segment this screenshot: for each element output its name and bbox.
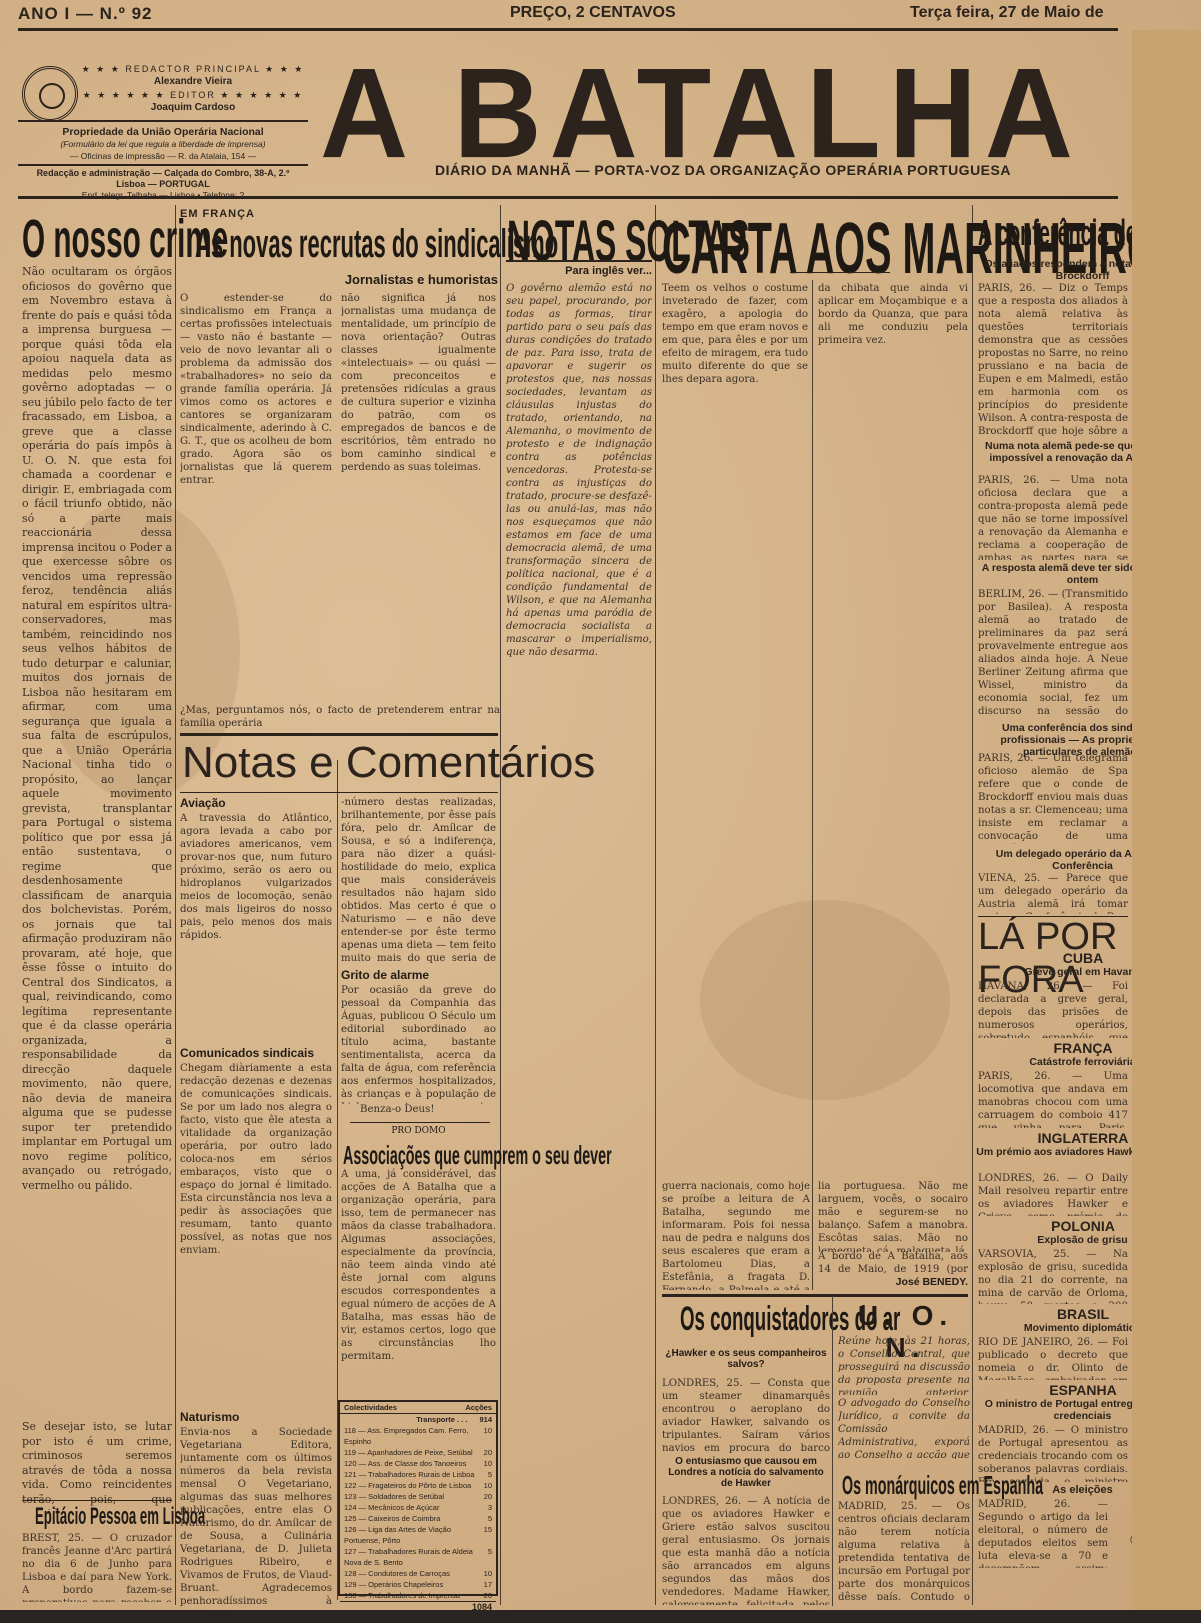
row-label: 122 — Fragateiros do Pôrto de Lisboa (344, 1480, 471, 1491)
divider (790, 272, 890, 273)
column-divider (500, 205, 501, 1605)
table-row-total: 1084 (340, 1601, 496, 1610)
article-sindicalismo-col2: não significa já nos jornalistas uma mud… (341, 292, 496, 702)
table-row: 118 — Ass. Empregados Cam. Ferro, Espinh… (340, 1425, 496, 1447)
union-seal-icon (22, 66, 78, 122)
row-value: 20 (484, 1491, 492, 1502)
issue-number: ANO I — N.º 92 (18, 4, 153, 24)
table-row: 126 — Liga das Artes de Viação Portuense… (340, 1524, 496, 1546)
col-header-accoes: Acções (465, 1402, 492, 1413)
article-conferencia-body-3: BERLIM, 26. — (Transmitido por Basilea).… (978, 588, 1128, 718)
article-aviacao-body: A travessia do Atlântico, agora levada a… (180, 812, 332, 1042)
header-rule (18, 28, 1118, 31)
divider (22, 1500, 172, 1501)
article-franca-body: PARIS, 26. — Uma locomotiva que andava e… (978, 1070, 1128, 1128)
row-label: 120 — Ass. de Classe dos Tanoeiros (344, 1458, 466, 1469)
redactor-label: ★ ★ ★ REDACTOR PRINCIPAL ★ ★ ★ (78, 64, 308, 75)
transport-label: Transporte . . . (416, 1414, 467, 1425)
headline-conferencia: A conferência de P (978, 212, 1156, 254)
row-label: 125 — Caixeiros de Coimbra (344, 1513, 440, 1524)
table-row: 128 — Condutores de Carroças10 (340, 1568, 496, 1579)
table-row: 122 — Fragateiros do Pôrto de Lisboa10 (340, 1480, 496, 1491)
article-monarquicos-body: MADRID, 25. — Os centros oficiais declar… (838, 1500, 970, 1600)
divider (180, 733, 498, 736)
column-divider (175, 205, 176, 1605)
page-bottom-edge (0, 1610, 1201, 1623)
subhead-jornalistas: Jornalistas e humoristas (180, 272, 498, 287)
article-nosso-crime-ending: Se desejar isto, se lutar por isto é um … (22, 1420, 172, 1510)
subhead-hawker-salvos: ¿Hawker e os seus companheiros salvos? (662, 1348, 830, 1370)
article-marinheiros-col4: lia portuguesa. Não me larguem, vocês, o… (818, 1180, 968, 1252)
row-label: 118 — Ass. Empregados Cam. Ferro, Espinh… (344, 1425, 484, 1447)
formulario-line: (Formulário da lei que regula a liberdad… (18, 139, 308, 149)
row-value: 20 (484, 1447, 492, 1458)
row-value: 15 (484, 1524, 492, 1546)
masthead-rule (18, 196, 1118, 199)
article-marinheiros-col2: da chibata que ainda vi aplicar em Moçam… (818, 282, 968, 972)
article-naturismo-body: Envia-nos a Sociedade Vegetariana Editor… (180, 1426, 332, 1606)
article-uon-body-1: Reúne hoje, às 21 horas, o Conselho Cent… (838, 1335, 970, 1395)
row-value: 20 (484, 1590, 492, 1601)
row-value: 10 (484, 1480, 492, 1491)
editor-label: ★ ★ ★ ★ ★ ★ EDITOR ★ ★ ★ ★ ★ ★ (78, 90, 308, 101)
row-label: 123 — Soldadores de Setúbal (344, 1491, 444, 1502)
publication-date: Terça feira, 27 de Maio de (910, 4, 1104, 22)
article-uon-body-2: O advogado do Conselho Jurídico, a convi… (838, 1397, 970, 1459)
article-epitacio-body: BREST, 25. — O cruzador francês Jeanne d… (22, 1532, 172, 1602)
article-marinheiros-col1: Teem os velhos o costume inveterado de f… (662, 282, 808, 972)
newspaper-title: A BATALHA (320, 50, 1120, 176)
table-row: 119 — Apanhadores de Peixe, Setúbal20 (340, 1447, 496, 1458)
article-grito-end: Benza-o Deus! (360, 1103, 480, 1117)
newspaper-page: ANO I — N.º 92 PREÇO, 2 CENTAVOS Terça f… (0, 0, 1201, 1610)
column-divider (972, 205, 973, 1605)
row-label: 128 — Condutores de Carroças (344, 1568, 450, 1579)
subhead-comunicados: Comunicados sindicais (180, 1046, 314, 1060)
article-grito-body: Por ocasião da greve do pessoal da Compa… (341, 984, 496, 1104)
article-sindicalismo-col1: O estender-se do sindicalismo em França … (180, 292, 332, 702)
table-row: 125 — Caixeiros de Coimbra5 (340, 1513, 496, 1524)
article-hawker-body-1: LONDRES, 25. — Consta que um steamer din… (662, 1377, 830, 1453)
article-naturismo-continued: -número destas realizadas, brilhantement… (341, 796, 496, 966)
tagline: DIÁRIO DA MANHÃ — PORTA-VOZ DA ORGANIZAÇ… (435, 162, 1011, 178)
table-row: 130 — Trabalhadores de Imprensa20 (340, 1590, 496, 1601)
row-value: 5 (488, 1469, 492, 1480)
column-divider (832, 1296, 833, 1606)
row-label: 129 — Operários Chapeleiros (344, 1579, 443, 1590)
column-divider (812, 280, 813, 1290)
article-polonia-body: VARSOVIA, 25. — Na explosão de grisu, su… (978, 1248, 1128, 1304)
column-divider (655, 205, 656, 1605)
article-notas-soltas-body: O govêrno alemão está no seu papel, proc… (506, 282, 652, 1290)
divider (506, 260, 652, 262)
table-row: 120 — Ass. de Classe dos Tanoeiros10 (340, 1458, 496, 1469)
row-value: 10 (484, 1458, 492, 1469)
article-nosso-crime-body: Não ocultaram os órgãos oficiosos do gov… (22, 265, 172, 1415)
row-label: 126 — Liga das Artes de Viação Portuense… (344, 1524, 484, 1546)
oficinas-line: — Oficinas de impressão — R. da Atalaia,… (18, 151, 308, 161)
headline-sindicalismo: As novas recrutas do sindicalismo (195, 222, 558, 267)
subhead-grito-alarme: Grito de alarme (341, 968, 429, 982)
price: PREÇO, 2 CENTAVOS (510, 4, 676, 22)
row-value: 17 (484, 1579, 492, 1590)
article-espanha-body: MADRID, 26. — O ministro de Portugal apr… (978, 1424, 1128, 1482)
table-row: 123 — Soldadores de Setúbal20 (340, 1491, 496, 1502)
table-row: 129 — Operários Chapeleiros17 (340, 1579, 496, 1590)
subhead-aviacao: Aviação (180, 796, 226, 810)
article-eleicoes-body: MADRID, 26. — Segundo o artigo da lei el… (978, 1498, 1108, 1568)
article-conferencia-body-4: PARIS, 26. — Um telegrama oficioso alemã… (978, 752, 1128, 844)
masthead-info-box: ★ ★ ★ REDACTOR PRINCIPAL ★ ★ ★ Alexandre… (18, 58, 308, 193)
table-row: 127 — Trabalhadores Rurais de Aldeia Nov… (340, 1546, 496, 1568)
row-value: 10 (484, 1568, 492, 1579)
subhead-entusiasmo-londres: O entusiasmo que causou em Londres a not… (662, 1456, 830, 1489)
row-label: 127 — Trabalhadores Rurais de Aldeia Nov… (344, 1546, 488, 1568)
total-value: 1084 (472, 1602, 492, 1610)
article-inglaterra-body: LONDRES, 26. — O Daily Mail resolveu rep… (978, 1172, 1128, 1216)
divider (180, 792, 498, 793)
row-label: 121 — Trabalhadores Rurais de Lisboa (344, 1469, 475, 1480)
redactor-name: Alexandre Vieira (78, 76, 308, 87)
article-brasil-body: RIO DE JANEIRO, 26. — Foi publicado o de… (978, 1336, 1128, 1380)
divider (18, 164, 308, 166)
article-conferencia-body-1: PARIS, 26. — Diz o Temps que a resposta … (978, 282, 1128, 437)
article-conferencia-body-5: VIENA, 25. — Parece que um delegado oper… (978, 872, 1128, 914)
row-label: 124 — Mecânicos de Açúcar (344, 1502, 439, 1513)
row-value: 10 (484, 1425, 492, 1447)
article-hawker-body-2: LONDRES, 26. — A notícia de que os aviad… (662, 1495, 830, 1605)
article-pro-domo-body: A uma, já considerável, das acções de A … (341, 1168, 496, 1396)
divider (18, 120, 308, 122)
article-cuba-body: HAVANA, 26. — Foi declarada a greve gera… (978, 980, 1128, 1038)
torn-page-edge (1132, 30, 1201, 1610)
subhead-para-ingles-ver: Para inglês ver... (506, 265, 652, 277)
subhead-naturismo: Naturismo (180, 1410, 239, 1424)
article-marinheiros-closing: A bordo de A Batalha, aos 14 de Maio, de… (818, 1250, 968, 1276)
editor-name: Joaquim Cardoso (78, 102, 308, 113)
divider (350, 1122, 490, 1123)
row-label: 119 — Apanhadores de Peixe, Setúbal (344, 1447, 473, 1458)
kicker-pro-domo: PRO DOMO (341, 1126, 496, 1136)
lisboa-line: Lisboa — PORTUGAL (18, 179, 308, 189)
row-value: 5 (488, 1546, 492, 1568)
article-sindicalismo-ending: ¿Mas, perguntamos nós, o facto de preten… (180, 704, 500, 730)
row-value: 3 (488, 1502, 492, 1513)
property-line: Propriedade da União Operária Nacional (18, 126, 308, 138)
col-header-colectividades: Colectividades (344, 1402, 397, 1413)
article-marinheiros-col3: guerra nacionais, como hoje se proíbe a … (662, 1180, 810, 1290)
kicker-em-franca: EM FRANÇA (180, 208, 255, 220)
redaccao-line: Redacção e administração — Calçada do Co… (18, 168, 308, 178)
article-marinheiros-signature: José BENEDY. (818, 1276, 968, 1288)
table-header: Colectividades Acções (340, 1402, 496, 1414)
table-row-transport: Transporte . . . 914 (340, 1414, 496, 1425)
divider (662, 1294, 968, 1297)
table-row: 121 — Trabalhadores Rurais de Lisboa5 (340, 1469, 496, 1480)
table-row: 124 — Mecânicos de Açúcar3 (340, 1502, 496, 1513)
row-label: 130 — Trabalhadores de Imprensa (344, 1590, 460, 1601)
article-conferencia-body-2: PARIS, 26. — Uma nota oficiosa declara q… (978, 474, 1128, 560)
contributions-table: Colectividades Acções Transporte . . . 9… (338, 1400, 498, 1596)
row-value: 5 (488, 1513, 492, 1524)
article-comunicados-body: Chegam diàriamente a esta redacção dezen… (180, 1062, 332, 1407)
transport-value: 914 (479, 1414, 492, 1425)
